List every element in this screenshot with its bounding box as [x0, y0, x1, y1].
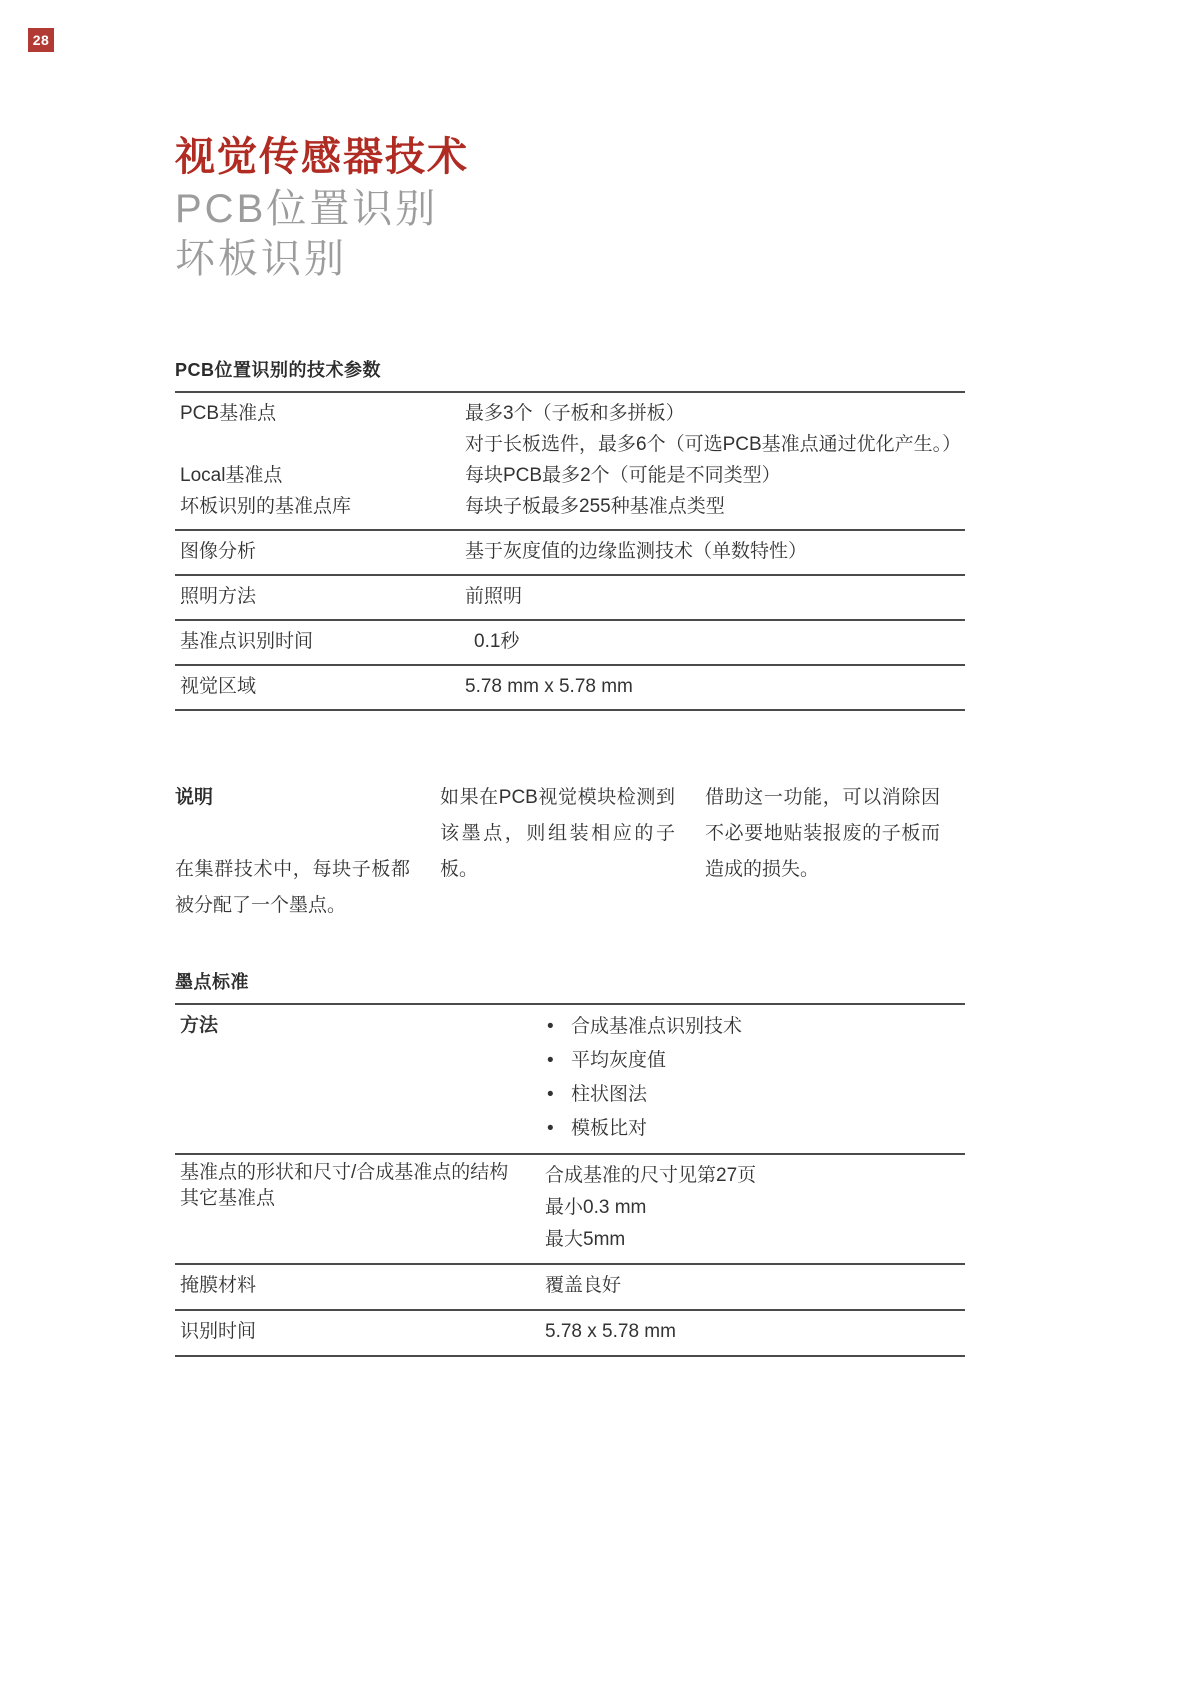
value-line: 前照明	[465, 581, 965, 612]
row-value: 合成基准的尺寸见第27页 最小0.3 mm 最大5mm	[545, 1160, 965, 1256]
notes-paragraph: 借助这一功能，可以消除因不必要地贴装报废的子板而造成的损失。	[705, 780, 940, 888]
bullet-text: 柱状图法	[571, 1078, 647, 1112]
table-row: 照明方法 前照明	[175, 581, 965, 612]
page-title: 视觉传感器技术	[175, 130, 995, 184]
value-line: 覆盖良好	[545, 1270, 965, 1302]
table-pcb-position-params: PCB位置识别的技术参数 PCB基准点 最多3个（子板和多拼板） 对于长板选件，…	[175, 356, 965, 711]
table-row: 基准点的形状和尺寸/合成基准点的结构 其它基准点 合成基准的尺寸见第27页 最小…	[175, 1160, 965, 1256]
bullet-icon: •	[545, 1044, 571, 1078]
table-row: 图像分析 基于灰度值的边缘监测技术（单数特性）	[175, 536, 965, 567]
value-line: 0.1秒	[465, 626, 965, 657]
label-line: 其它基准点	[180, 1186, 545, 1212]
notes-heading: 说明	[175, 780, 410, 816]
table-row: 掩膜材料 覆盖良好	[175, 1270, 965, 1302]
row-value: 最多3个（子板和多拼板） 对于长板选件，最多6个（可选PCB基准点通过优化产生。…	[465, 398, 965, 460]
table-body: PCB基准点 最多3个（子板和多拼板） 对于长板选件，最多6个（可选PCB基准点…	[175, 391, 965, 711]
table-row: Local基准点 每块PCB最多2个（可能是不同类型）	[175, 460, 965, 491]
bullet-icon: •	[545, 1010, 571, 1044]
value-line: 对于长板选件，最多6个（可选PCB基准点通过优化产生。）	[465, 429, 965, 460]
spacer	[175, 816, 410, 852]
row-label: 视觉区域	[175, 671, 465, 702]
table-row-group-image-analysis: 图像分析 基于灰度值的边缘监测技术（单数特性）	[175, 531, 965, 576]
row-label: 方法	[175, 1010, 545, 1146]
table-row-group-method: 方法 • 合成基准点识别技术 • 平均灰度值 • 柱状图法	[175, 1005, 965, 1155]
value-line: 基于灰度值的边缘监测技术（单数特性）	[465, 536, 965, 567]
table-row: 视觉区域 5.78 mm x 5.78 mm	[175, 671, 965, 702]
bullet-item: • 平均灰度值	[545, 1044, 965, 1078]
row-label: 坏板识别的基准点库	[175, 491, 465, 522]
notes-column-2: 如果在PCB视觉模块检测到该墨点，则组装相应的子板。	[440, 780, 675, 924]
row-value: 5.78 x 5.78 mm	[545, 1316, 965, 1348]
page-subtitle-pcb-position: PCB位置识别	[175, 184, 995, 234]
value-line: 合成基准的尺寸见第27页	[545, 1160, 965, 1192]
table-row-group-recognition-time: 基准点识别时间 0.1秒	[175, 621, 965, 666]
row-label: 照明方法	[175, 581, 465, 612]
table-row-group-illumination: 照明方法 前照明	[175, 576, 965, 621]
label-line: 基准点的形状和尺寸/合成基准点的结构	[180, 1160, 545, 1186]
bullet-icon: •	[545, 1078, 571, 1112]
notes-paragraph: 如果在PCB视觉模块检测到该墨点，则组装相应的子板。	[440, 780, 675, 888]
notes-section: 说明 在集群技术中，每块子板都被分配了一个墨点。 如果在PCB视觉模块检测到该墨…	[175, 780, 965, 924]
table-row-group-mask-material: 掩膜材料 覆盖良好	[175, 1265, 965, 1311]
row-label: 识别时间	[175, 1316, 545, 1348]
table-row-group-fiducial-shape: 基准点的形状和尺寸/合成基准点的结构 其它基准点 合成基准的尺寸见第27页 最小…	[175, 1155, 965, 1265]
page-subtitle-bad-board: 坏板识别	[175, 234, 995, 284]
bullet-item: • 柱状图法	[545, 1078, 965, 1112]
table-row-group-vision-area: 视觉区域 5.78 mm x 5.78 mm	[175, 666, 965, 711]
value-line: 最大5mm	[545, 1224, 965, 1256]
bullet-text: 合成基准点识别技术	[571, 1010, 742, 1044]
table-ink-dot-standard: 墨点标准 方法 • 合成基准点识别技术 • 平均灰度值 • 柱状图法	[175, 968, 965, 1357]
row-label: 基准点的形状和尺寸/合成基准点的结构 其它基准点	[175, 1160, 545, 1256]
notes-column-1: 说明 在集群技术中，每块子板都被分配了一个墨点。	[175, 780, 410, 924]
table-row: 方法 • 合成基准点识别技术 • 平均灰度值 • 柱状图法	[175, 1010, 965, 1146]
row-value: 基于灰度值的边缘监测技术（单数特性）	[465, 536, 965, 567]
value-line: 最小0.3 mm	[545, 1192, 965, 1224]
notes-column-3: 借助这一功能，可以消除因不必要地贴装报废的子板而造成的损失。	[705, 780, 940, 924]
bullet-text: 模板比对	[571, 1112, 647, 1146]
table-row: PCB基准点 最多3个（子板和多拼板） 对于长板选件，最多6个（可选PCB基准点…	[175, 398, 965, 460]
bullet-item: • 模板比对	[545, 1112, 965, 1146]
table-title: PCB位置识别的技术参数	[175, 356, 965, 382]
row-label: Local基准点	[175, 460, 465, 491]
row-label: 图像分析	[175, 536, 465, 567]
table-title: 墨点标准	[175, 968, 965, 994]
table-row: 基准点识别时间 0.1秒	[175, 626, 965, 657]
row-label: 掩膜材料	[175, 1270, 545, 1302]
value-line: 每块子板最多255种基准点类型	[465, 491, 965, 522]
value-line: 5.78 mm x 5.78 mm	[465, 671, 965, 702]
bullet-icon: •	[545, 1112, 571, 1146]
value-line: 最多3个（子板和多拼板）	[465, 398, 965, 429]
datasheet-page: { "page": { "number": "28" }, "colors": …	[0, 0, 1190, 1684]
value-line: 每块PCB最多2个（可能是不同类型）	[465, 460, 965, 491]
bullet-text: 平均灰度值	[571, 1044, 666, 1078]
row-value: 每块PCB最多2个（可能是不同类型）	[465, 460, 965, 491]
table-row: 识别时间 5.78 x 5.78 mm	[175, 1316, 965, 1348]
notes-paragraph: 在集群技术中，每块子板都被分配了一个墨点。	[175, 852, 410, 924]
table-row-group-fiducials: PCB基准点 最多3个（子板和多拼板） 对于长板选件，最多6个（可选PCB基准点…	[175, 393, 965, 531]
table-row-group-recognition-time: 识别时间 5.78 x 5.78 mm	[175, 1311, 965, 1357]
table-body: 方法 • 合成基准点识别技术 • 平均灰度值 • 柱状图法	[175, 1003, 965, 1357]
row-label: 基准点识别时间	[175, 626, 465, 657]
page-number-badge: 28	[28, 28, 54, 52]
row-value: 每块子板最多255种基准点类型	[465, 491, 965, 522]
value-line: 5.78 x 5.78 mm	[545, 1316, 965, 1348]
bullet-item: • 合成基准点识别技术	[545, 1010, 965, 1044]
row-value: 0.1秒	[465, 626, 965, 657]
row-value: • 合成基准点识别技术 • 平均灰度值 • 柱状图法 • 模板比对	[545, 1010, 965, 1146]
row-value: 5.78 mm x 5.78 mm	[465, 671, 965, 702]
row-label: PCB基准点	[175, 398, 465, 460]
row-value: 覆盖良好	[545, 1270, 965, 1302]
table-row: 坏板识别的基准点库 每块子板最多255种基准点类型	[175, 491, 965, 522]
row-value: 前照明	[465, 581, 965, 612]
page-header: 视觉传感器技术 PCB位置识别 坏板识别	[175, 130, 995, 284]
